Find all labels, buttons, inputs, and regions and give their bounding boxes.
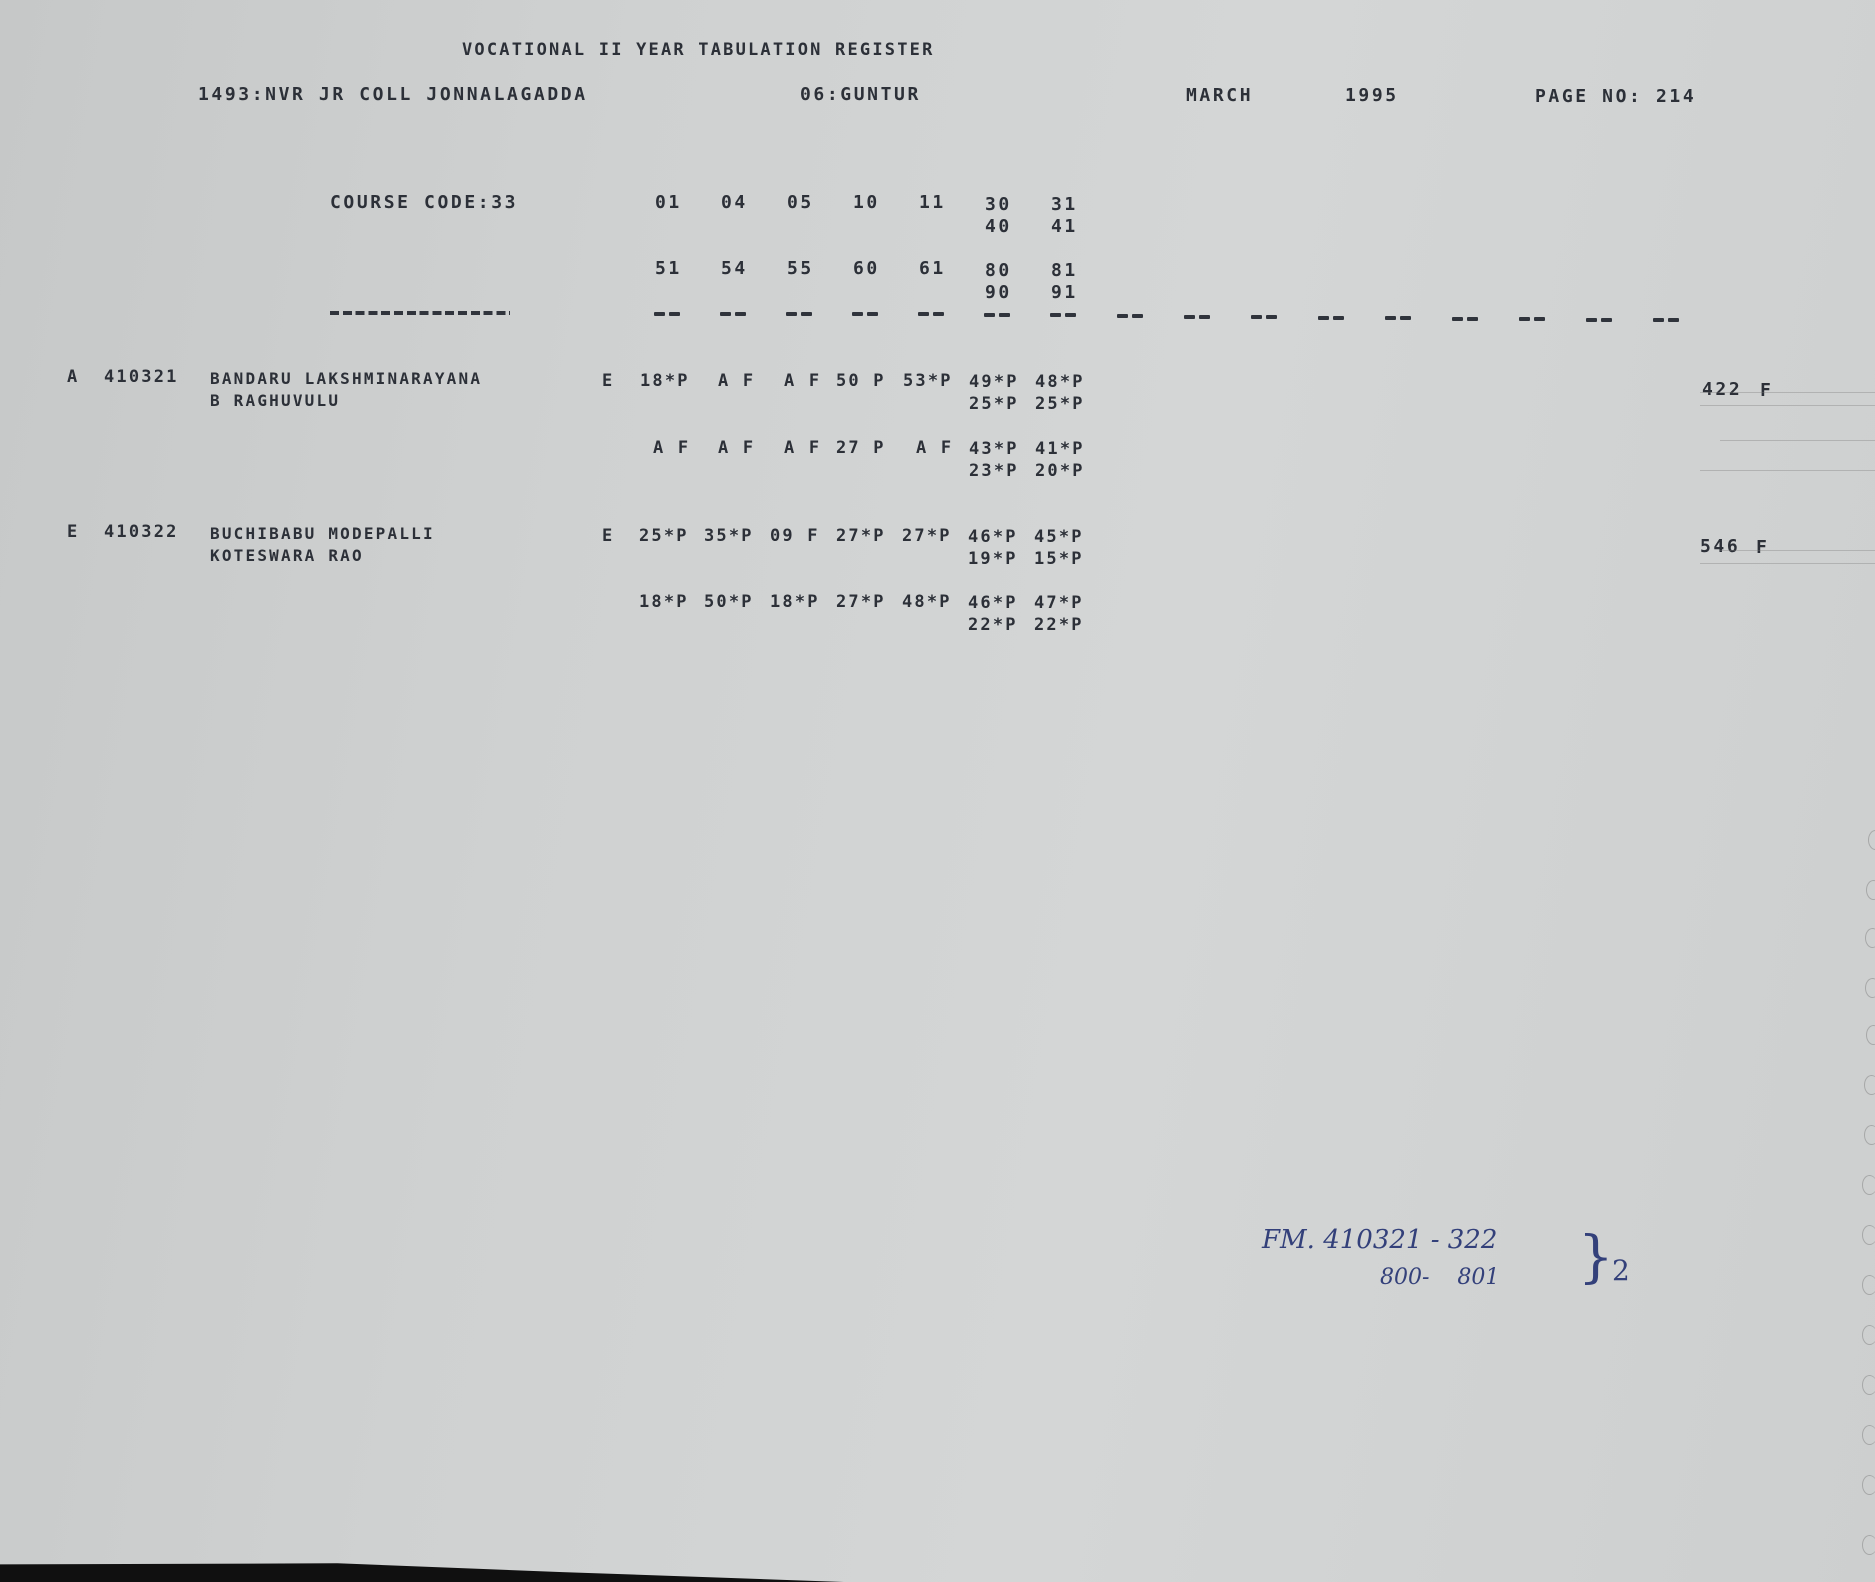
mark-cell: 22*P: [968, 615, 1018, 635]
handwritten-line-2: 800- 801: [1380, 1265, 1499, 1290]
mark-cell: 27*P: [836, 526, 886, 546]
separator-dash: [1586, 318, 1614, 322]
mark-cell: A F: [718, 438, 755, 458]
student-medium: E: [602, 371, 614, 391]
student-total: 422: [1702, 380, 1742, 400]
subject-code: 31: [1051, 195, 1078, 215]
student-parent-name: B RAGHUVULU: [210, 391, 340, 411]
mark-cell: 25*P: [1035, 394, 1085, 414]
separator-dash: [1117, 314, 1145, 318]
feed-hole: [1862, 1425, 1875, 1445]
separator-dash: [1251, 315, 1279, 319]
subject-code: 60: [853, 259, 880, 279]
feed-hole: [1868, 830, 1875, 850]
mark-cell: 09 F: [770, 526, 820, 546]
separator-dash: [1385, 316, 1413, 320]
page-number: 214: [1656, 87, 1696, 107]
feed-hole: [1865, 978, 1875, 998]
feed-hole: [1862, 1475, 1875, 1495]
subject-code: 91: [1051, 283, 1078, 303]
student-result: F: [1760, 381, 1773, 401]
separator-dash: [1184, 315, 1212, 319]
bleed-through-mark: [1700, 405, 1875, 406]
bleed-through-mark: [1700, 563, 1875, 564]
subject-code: 41: [1051, 217, 1078, 237]
mark-cell: 47*P: [1034, 593, 1084, 613]
subject-code: 54: [721, 259, 748, 279]
mark-cell: 25*P: [969, 394, 1019, 414]
bleed-through-mark: [1700, 392, 1875, 393]
separator-dash: [1318, 316, 1346, 320]
student-roll-no: 410322: [104, 522, 179, 542]
feed-hole: [1862, 1275, 1875, 1295]
page-bottom-shadow: [0, 1560, 1875, 1582]
feed-hole: [1862, 1535, 1875, 1555]
student-total: 546: [1700, 537, 1740, 557]
mark-cell: 18*P: [770, 592, 820, 612]
mark-cell: 50*P: [704, 592, 754, 612]
student-category: E: [67, 522, 79, 542]
subject-code: 04: [721, 193, 748, 213]
mark-cell: 19*P: [968, 549, 1018, 569]
subject-code: 10: [853, 193, 880, 213]
separator-line: [330, 311, 510, 315]
feed-hole: [1866, 880, 1875, 900]
separator-dash: [720, 312, 748, 316]
feed-hole: [1865, 928, 1875, 948]
mark-cell: 48*P: [1035, 372, 1085, 392]
mark-cell: A F: [784, 371, 821, 391]
mark-cell: A F: [916, 438, 953, 458]
course-code: COURSE CODE:33: [330, 193, 518, 213]
student-parent-name: KOTESWARA RAO: [210, 546, 364, 566]
feed-hole: [1862, 1225, 1875, 1245]
student-result: F: [1756, 538, 1769, 558]
subject-code: 01: [655, 193, 682, 213]
student-medium: E: [602, 526, 614, 546]
page-number-label: PAGE NO:: [1535, 87, 1643, 107]
student-roll-no: 410321: [104, 367, 179, 387]
mark-cell: 48*P: [902, 592, 952, 612]
handwritten-line-1: FM. 410321 - 322: [1262, 1225, 1497, 1255]
mark-cell: 18*P: [639, 592, 689, 612]
mark-cell: 46*P: [968, 527, 1018, 547]
college-name: 1493:NVR JR COLL JONNALAGADDA: [198, 85, 588, 105]
subject-code: 81: [1051, 261, 1078, 281]
handwritten-bracket: }: [1578, 1228, 1614, 1288]
mark-cell: A F: [784, 438, 821, 458]
separator-dash: [654, 312, 682, 316]
mark-cell: 49*P: [969, 372, 1019, 392]
bleed-through-mark: [1700, 470, 1875, 471]
separator-dash: [1519, 317, 1547, 321]
mark-cell: 25*P: [639, 526, 689, 546]
separator-dash: [1050, 313, 1078, 317]
separator-dash: [852, 312, 880, 316]
exam-month: MARCH: [1186, 86, 1253, 106]
feed-hole: [1862, 1325, 1875, 1345]
mark-cell: 35*P: [704, 526, 754, 546]
mark-cell: 43*P: [969, 439, 1019, 459]
bleed-through-mark: [1720, 550, 1875, 551]
mark-cell: 23*P: [969, 461, 1019, 481]
exam-year: 1995: [1345, 86, 1399, 106]
mark-cell: A F: [653, 438, 690, 458]
feed-hole: [1866, 1025, 1875, 1045]
mark-cell: 45*P: [1034, 527, 1084, 547]
mark-cell: 27*P: [836, 592, 886, 612]
mark-cell: 27*P: [902, 526, 952, 546]
handwritten-count: 2: [1612, 1254, 1630, 1287]
student-category: A: [67, 367, 79, 387]
mark-cell: 41*P: [1035, 439, 1085, 459]
subject-code: 05: [787, 193, 814, 213]
feed-hole: [1864, 1075, 1875, 1095]
mark-cell: A F: [718, 371, 755, 391]
feed-hole: [1862, 1375, 1875, 1395]
mark-cell: 22*P: [1034, 615, 1084, 635]
mark-cell: 18*P: [640, 371, 690, 391]
register-title: VOCATIONAL II YEAR TABULATION REGISTER: [462, 40, 935, 60]
feed-hole: [1864, 1125, 1875, 1145]
student-name: BUCHIBABU MODEPALLI: [210, 524, 435, 544]
subject-code: 11: [919, 193, 946, 213]
subject-code: 55: [787, 259, 814, 279]
subject-code: 30: [985, 195, 1012, 215]
subject-code: 40: [985, 217, 1012, 237]
mark-cell: 20*P: [1035, 461, 1085, 481]
mark-cell: 27 P: [836, 438, 886, 458]
separator-dash: [984, 313, 1012, 317]
district: 06:GUNTUR: [800, 85, 921, 105]
separator-dash: [1653, 318, 1681, 322]
mark-cell: 46*P: [968, 593, 1018, 613]
mark-cell: 50 P: [836, 371, 886, 391]
separator-dash: [786, 312, 814, 316]
subject-code: 80: [985, 261, 1012, 281]
separator-dash: [1452, 317, 1480, 321]
mark-cell: 53*P: [903, 371, 953, 391]
feed-hole: [1862, 1175, 1875, 1195]
separator-dash: [918, 312, 946, 316]
bleed-through-mark: [1720, 440, 1875, 441]
subject-code: 90: [985, 283, 1012, 303]
subject-code: 51: [655, 259, 682, 279]
student-name: BANDARU LAKSHMINARAYANA: [210, 369, 482, 389]
subject-code: 61: [919, 259, 946, 279]
mark-cell: 15*P: [1034, 549, 1084, 569]
